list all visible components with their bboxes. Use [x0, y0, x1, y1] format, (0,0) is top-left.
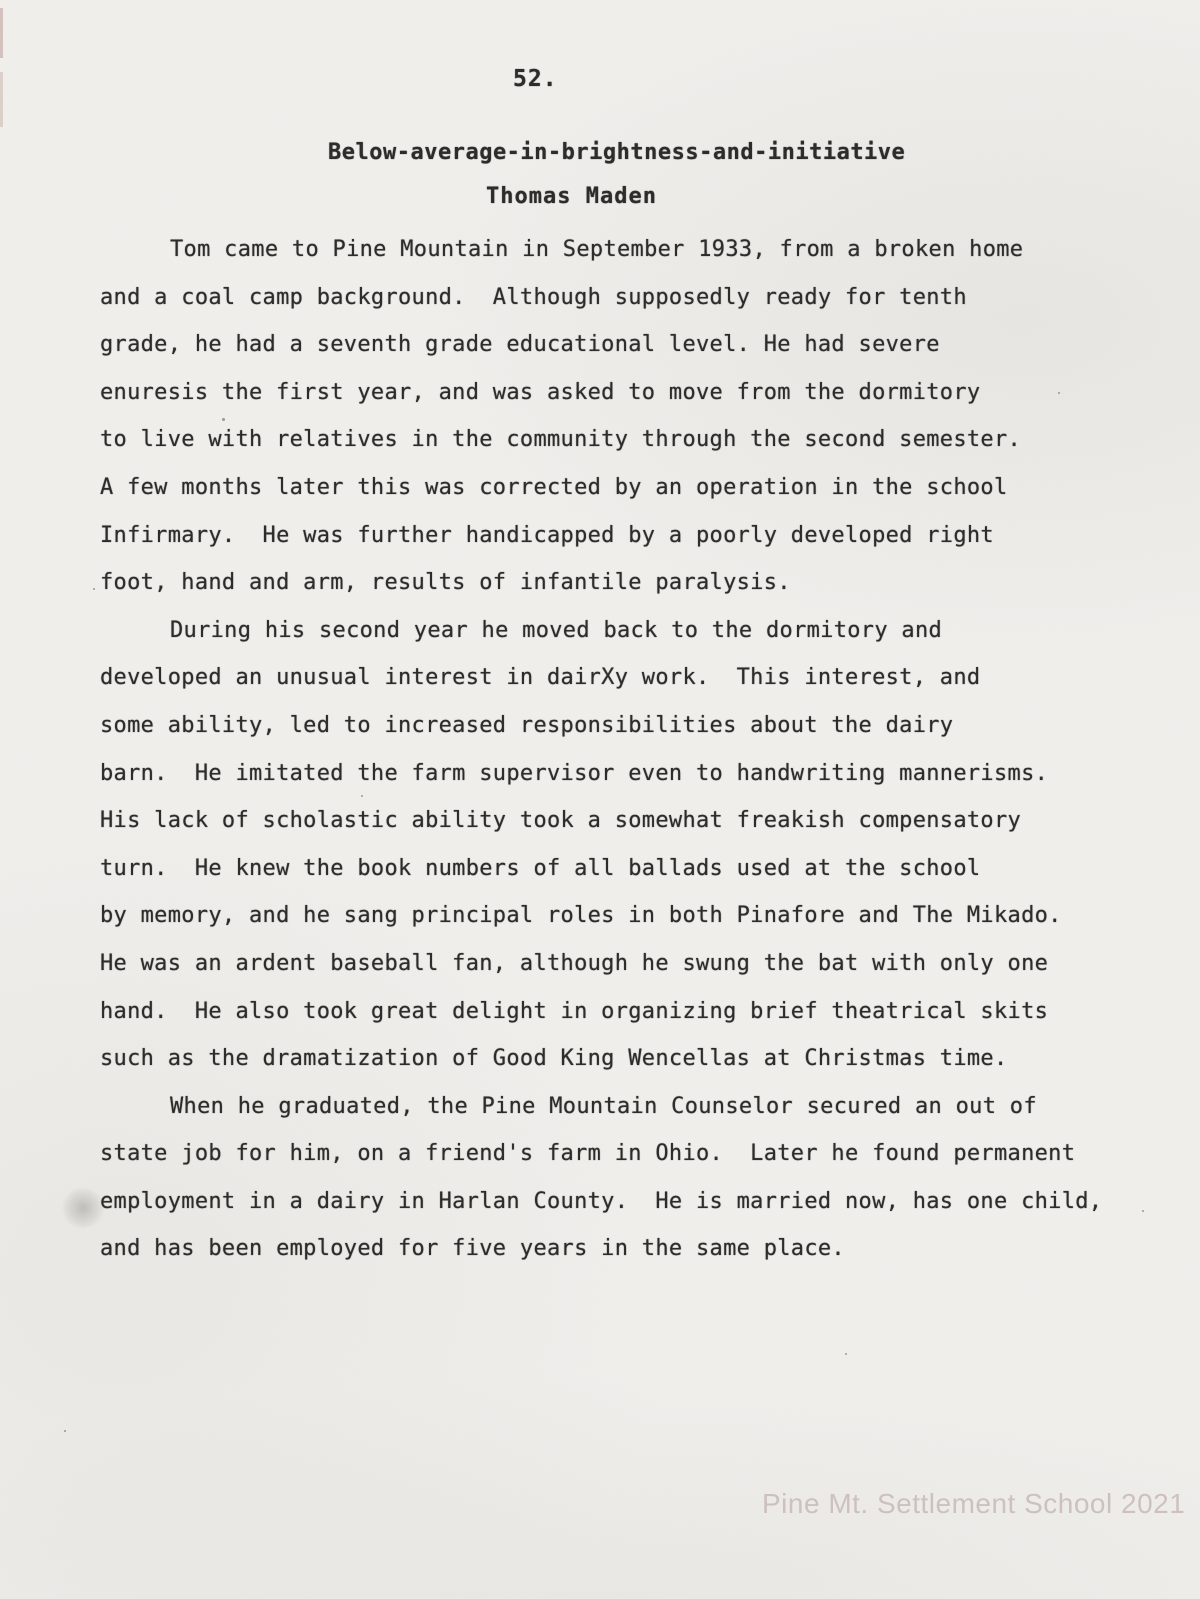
text-line: During his second year he moved back to …: [100, 618, 1160, 666]
paper-speckle: [93, 588, 95, 590]
text-line: employment in a dairy in Harlan County. …: [100, 1189, 1160, 1237]
text-line: Infirmary. He was further handicapped by…: [100, 523, 1160, 571]
document-body: Tom came to Pine Mountain in September 1…: [100, 237, 1160, 1284]
watermark: Pine Mt. Settlement School 2021: [762, 1488, 1185, 1520]
text-line: and a coal camp background. Although sup…: [100, 285, 1160, 333]
text-line: and has been employed for five years in …: [100, 1236, 1160, 1284]
text-line: some ability, led to increased responsib…: [100, 713, 1160, 761]
document-title: Below-average-in-brightness-and-initiati…: [328, 140, 905, 165]
document-subtitle: Thomas Maden: [486, 184, 657, 209]
text-line: Tom came to Pine Mountain in September 1…: [100, 237, 1160, 285]
text-line: enuresis the first year, and was asked t…: [100, 380, 1160, 428]
text-line: turn. He knew the book numbers of all ba…: [100, 856, 1160, 904]
text-line: to live with relatives in the community …: [100, 427, 1160, 475]
scanned-document-page: 52. Below-average-in-brightness-and-init…: [0, 0, 1200, 1599]
text-line: by memory, and he sang principal roles i…: [100, 903, 1160, 951]
ink-smudge: [62, 1188, 104, 1228]
text-line: barn. He imitated the farm supervisor ev…: [100, 761, 1160, 809]
text-line: When he graduated, the Pine Mountain Cou…: [100, 1094, 1160, 1142]
paper-speckle: [64, 1430, 66, 1432]
text-line: He was an ardent baseball fan, although …: [100, 951, 1160, 999]
text-line: A few months later this was corrected by…: [100, 475, 1160, 523]
scan-edge-artifact: [0, 8, 3, 58]
text-line: developed an unusual interest in dairXy …: [100, 665, 1160, 713]
text-line: foot, hand and arm, results of infantile…: [100, 570, 1160, 618]
text-line: hand. He also took great delight in orga…: [100, 999, 1160, 1047]
text-line: state job for him, on a friend's farm in…: [100, 1141, 1160, 1189]
scan-edge-artifact: [0, 72, 3, 127]
paper-speckle: [845, 1353, 847, 1355]
text-line: His lack of scholastic ability took a so…: [100, 808, 1160, 856]
page-number: 52.: [513, 66, 558, 92]
text-line: such as the dramatization of Good King W…: [100, 1046, 1160, 1094]
text-line: grade, he had a seventh grade educationa…: [100, 332, 1160, 380]
